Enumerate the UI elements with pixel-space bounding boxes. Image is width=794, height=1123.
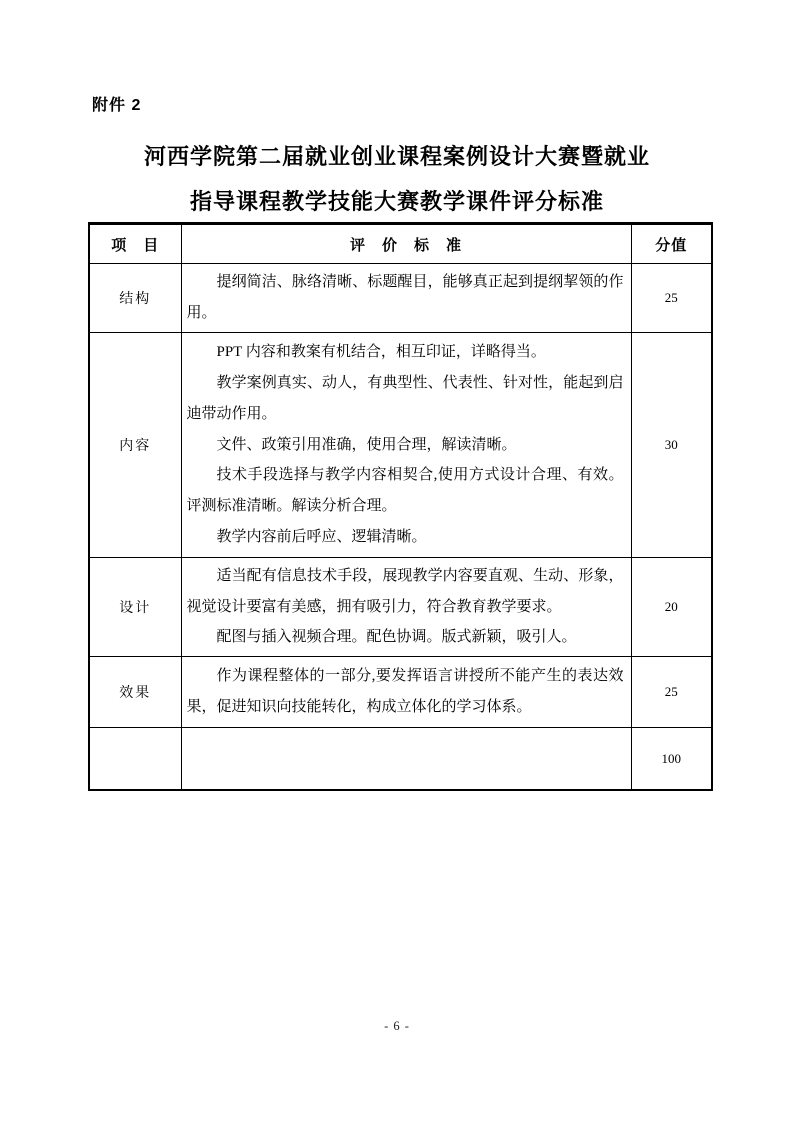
- scoring-table: 项 目 评 价 标 准 分值 结构 提纲简洁、脉络清晰、标题醒目，能够真正起到提…: [88, 222, 713, 791]
- row-item-label: 结构: [89, 264, 181, 333]
- row-score-value: 25: [631, 657, 712, 728]
- row-item-label: 设计: [89, 558, 181, 657]
- row-criteria-cell: 作为课程整体的一部分,要发挥语言讲授所不能产生的表达效果，促进知识向技能转化，构…: [181, 657, 631, 728]
- criteria-paragraph: 文件、政策引用准确，使用合理，解读清晰。: [187, 430, 624, 461]
- document-title-line-1: 河西学院第二届就业创业课程案例设计大赛暨就业: [0, 134, 794, 179]
- header-criteria-column: 评 价 标 准: [181, 224, 631, 264]
- row-criteria-cell: PPT 内容和教案有机结合，相互印证，详略得当。 教学案例真实、动人，有典型性、…: [181, 333, 631, 558]
- table-row-effect: 效果 作为课程整体的一部分,要发挥语言讲授所不能产生的表达效果，促进知识向技能转…: [89, 657, 712, 728]
- row-criteria-cell: 提纲简洁、脉络清晰、标题醒目，能够真正起到提纲挈领的作用。: [181, 264, 631, 333]
- header-item-column: 项 目: [89, 224, 181, 264]
- table-row-structure: 结构 提纲简洁、脉络清晰、标题醒目，能够真正起到提纲挈领的作用。 25: [89, 264, 712, 333]
- header-score-column: 分值: [631, 224, 712, 264]
- page-number: - 6 -: [0, 1019, 794, 1034]
- row-item-label: 内容: [89, 333, 181, 558]
- criteria-paragraph: 教学内容前后呼应、逻辑清晰。: [187, 522, 624, 553]
- table-row-design: 设计 适当配有信息技术手段，展现教学内容要直观、生动、形象，视觉设计要富有美感，…: [89, 558, 712, 657]
- row-score-value: 20: [631, 558, 712, 657]
- criteria-paragraph: 教学案例真实、动人，有典型性、代表性、针对性，能起到启迪带动作用。: [187, 368, 624, 430]
- table-header-row: 项 目 评 价 标 准 分值: [89, 224, 712, 264]
- row-score-value: 30: [631, 333, 712, 558]
- row-criteria-cell: 适当配有信息技术手段，展现教学内容要直观、生动、形象，视觉设计要富有美感，拥有吸…: [181, 558, 631, 657]
- row-score-value: 25: [631, 264, 712, 333]
- table-row-content: 内容 PPT 内容和教案有机结合，相互印证，详略得当。 教学案例真实、动人，有典…: [89, 333, 712, 558]
- row-criteria-cell: [181, 728, 631, 791]
- criteria-paragraph: 适当配有信息技术手段，展现教学内容要直观、生动、形象，视觉设计要富有美感，拥有吸…: [187, 561, 624, 623]
- document-title-line-2: 指导课程教学技能大赛教学课件评分标准: [0, 179, 794, 224]
- document-title: 河西学院第二届就业创业课程案例设计大赛暨就业 指导课程教学技能大赛教学课件评分标…: [0, 134, 794, 224]
- row-item-label: [89, 728, 181, 791]
- row-score-value: 100: [631, 728, 712, 791]
- criteria-paragraph: 作为课程整体的一部分,要发挥语言讲授所不能产生的表达效果，促进知识向技能转化，构…: [187, 661, 624, 723]
- table-row-total: 100: [89, 728, 712, 791]
- criteria-paragraph: 技术手段选择与教学内容相契合,使用方式设计合理、有效。评测标准清晰。解读分析合理…: [187, 460, 624, 522]
- attachment-label: 附件 2: [92, 92, 141, 115]
- criteria-paragraph: PPT 内容和教案有机结合，相互印证，详略得当。: [187, 337, 624, 368]
- row-item-label: 效果: [89, 657, 181, 728]
- criteria-paragraph: 配图与插入视频合理。配色协调。版式新颖，吸引人。: [187, 622, 624, 653]
- criteria-paragraph: 提纲简洁、脉络清晰、标题醒目，能够真正起到提纲挈领的作用。: [187, 267, 624, 329]
